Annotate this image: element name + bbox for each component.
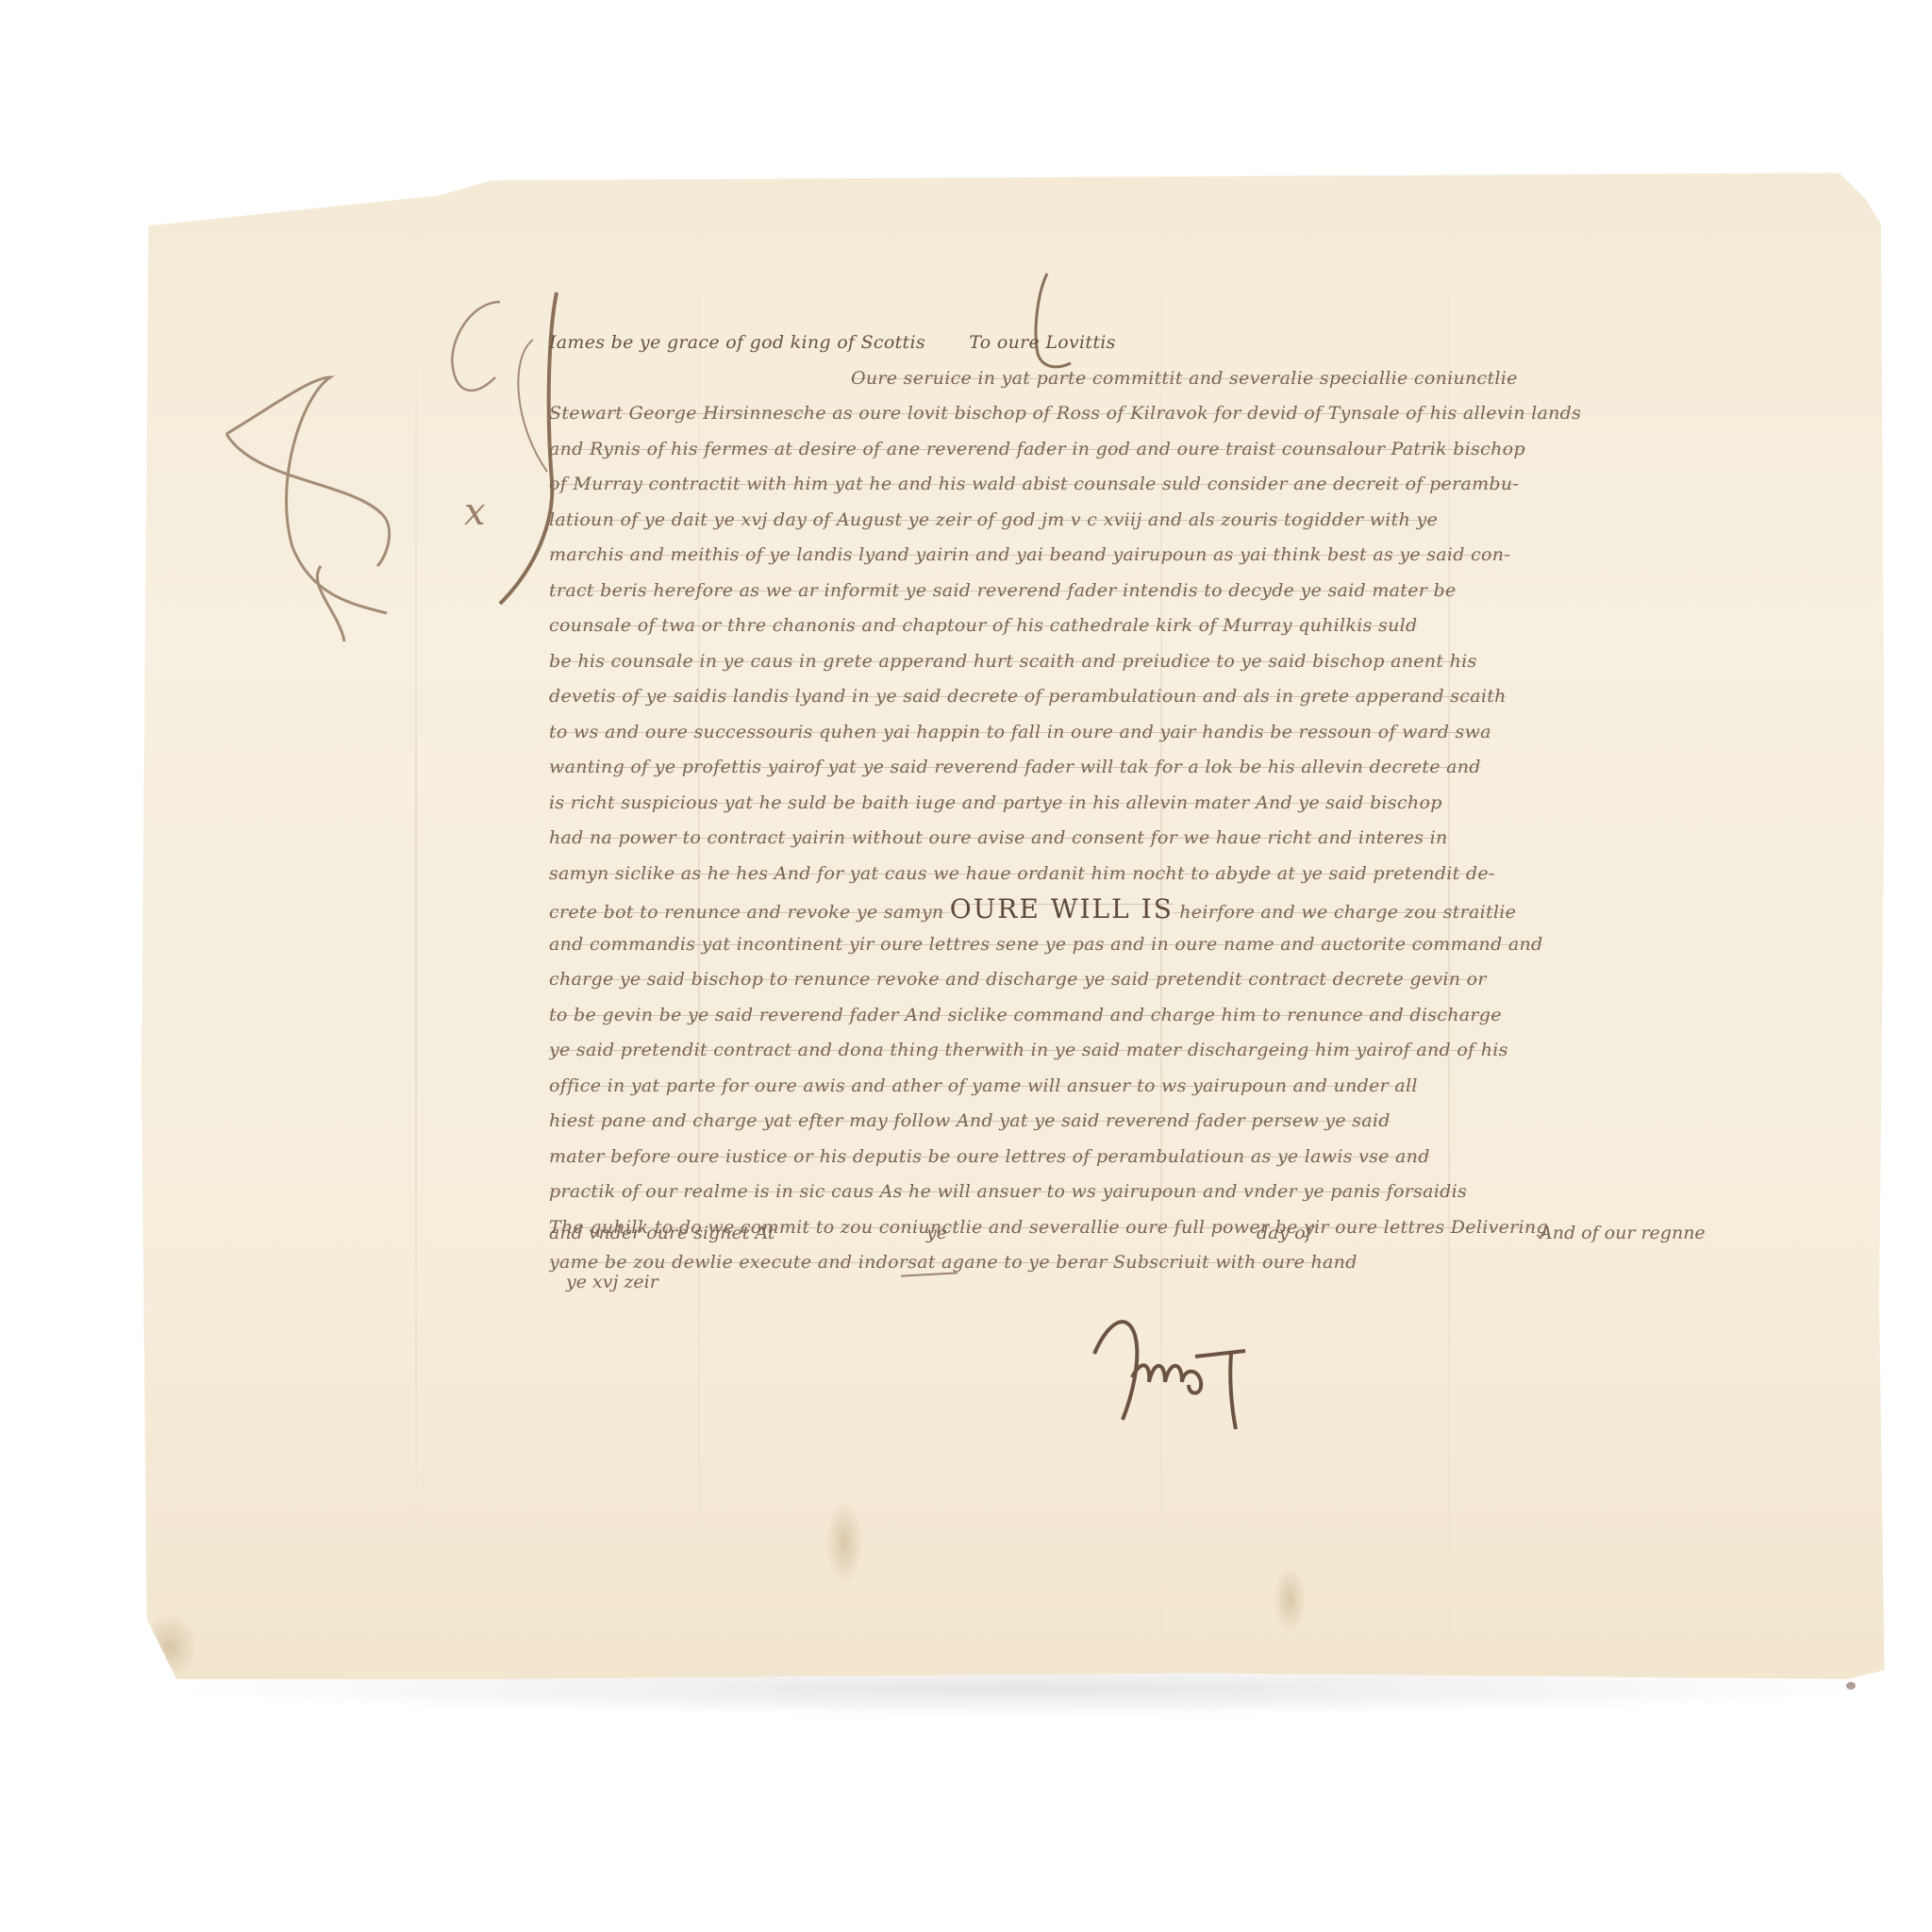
dating-day-of: day of: [1257, 1223, 1312, 1243]
body-line: wanting of ye profettis yairof yat ye sa…: [549, 750, 1728, 786]
display-line: crete bot to renunce and revoke ye samyn…: [549, 891, 1728, 927]
body-line: charge ye said bischop to renunce revoke…: [549, 962, 1728, 998]
body-line: tract beris herefore as we ar informit y…: [549, 574, 1728, 609]
body-line: is richt suspicious yat he suld be baith…: [549, 786, 1728, 822]
body-line: to be gevin be ye said reverend fader An…: [549, 998, 1728, 1034]
body-line: and commandis yat incontinent yir oure l…: [549, 927, 1728, 963]
regnal-year: ye xvj zeir: [566, 1272, 658, 1292]
ink-spot: [1846, 1682, 1856, 1690]
body-line: latioun of ye dait ye xvj day of August …: [549, 503, 1728, 539]
dating-regnal: And of our regnne: [1540, 1223, 1706, 1243]
dating-clause: and vnder oure signet At ye day of And o…: [549, 1223, 1728, 1260]
letter-text: Iames be ye grace of god king of Scottis…: [549, 325, 1728, 1281]
body-line: samyn siclike as he hes And for yat caus…: [549, 857, 1728, 892]
body-line: had na power to contract yairin without …: [549, 821, 1728, 857]
body-line: devetis of ye saidis landis lyand in ye …: [549, 679, 1728, 715]
cross-flourish-icon: [217, 340, 425, 717]
body-line: practik of our realme is in sic caus As …: [549, 1174, 1728, 1210]
paper-stain: [1274, 1566, 1307, 1632]
body-line: Stewart George Hirsinnesche as oure lovi…: [549, 396, 1728, 432]
paper-stain: [825, 1500, 863, 1585]
body-line: and Rynis of his fermes at desire of ane…: [549, 432, 1728, 468]
display-before: crete bot to renunce and revoke ye samyn: [549, 902, 943, 923]
body-line: mater before oure iustice or his deputis…: [549, 1140, 1728, 1175]
body-line: marchis and meithis of ye landis lyand y…: [549, 538, 1728, 574]
dating-ye: ye: [926, 1223, 947, 1243]
addressee: To oure Lovittis: [969, 332, 1115, 353]
body-line: Oure seruice in yat parte committit and …: [549, 361, 1728, 397]
royal-signature-icon: [1090, 1302, 1259, 1434]
body-line: counsale of twa or thre chanonis and cha…: [549, 608, 1728, 644]
margin-mark: x: [464, 491, 486, 534]
signet-phrase: and vnder oure signet At: [549, 1223, 774, 1243]
body-line: to ws and oure successouris quhen yai ha…: [549, 715, 1728, 751]
body-line: office in yat parte for oure awis and at…: [549, 1069, 1728, 1105]
salutation-line: Iames be ye grace of god king of Scottis…: [549, 325, 1728, 361]
initial-i-flourish-icon: [443, 283, 566, 689]
body-line: ye said pretendit contract and dona thin…: [549, 1033, 1728, 1069]
body-line: be his counsale in ye caus in grete appe…: [549, 644, 1728, 680]
king-title: Iames be ye grace of god king of Scottis: [549, 332, 925, 353]
body-line: of Murray contractit with him yat he and…: [549, 467, 1728, 503]
body-line: hiest pane and charge yat efter may foll…: [549, 1104, 1728, 1140]
oure-will-is: OURE WILL IS: [950, 893, 1174, 924]
display-after: heirfore and we charge zou straitlie: [1179, 902, 1516, 923]
